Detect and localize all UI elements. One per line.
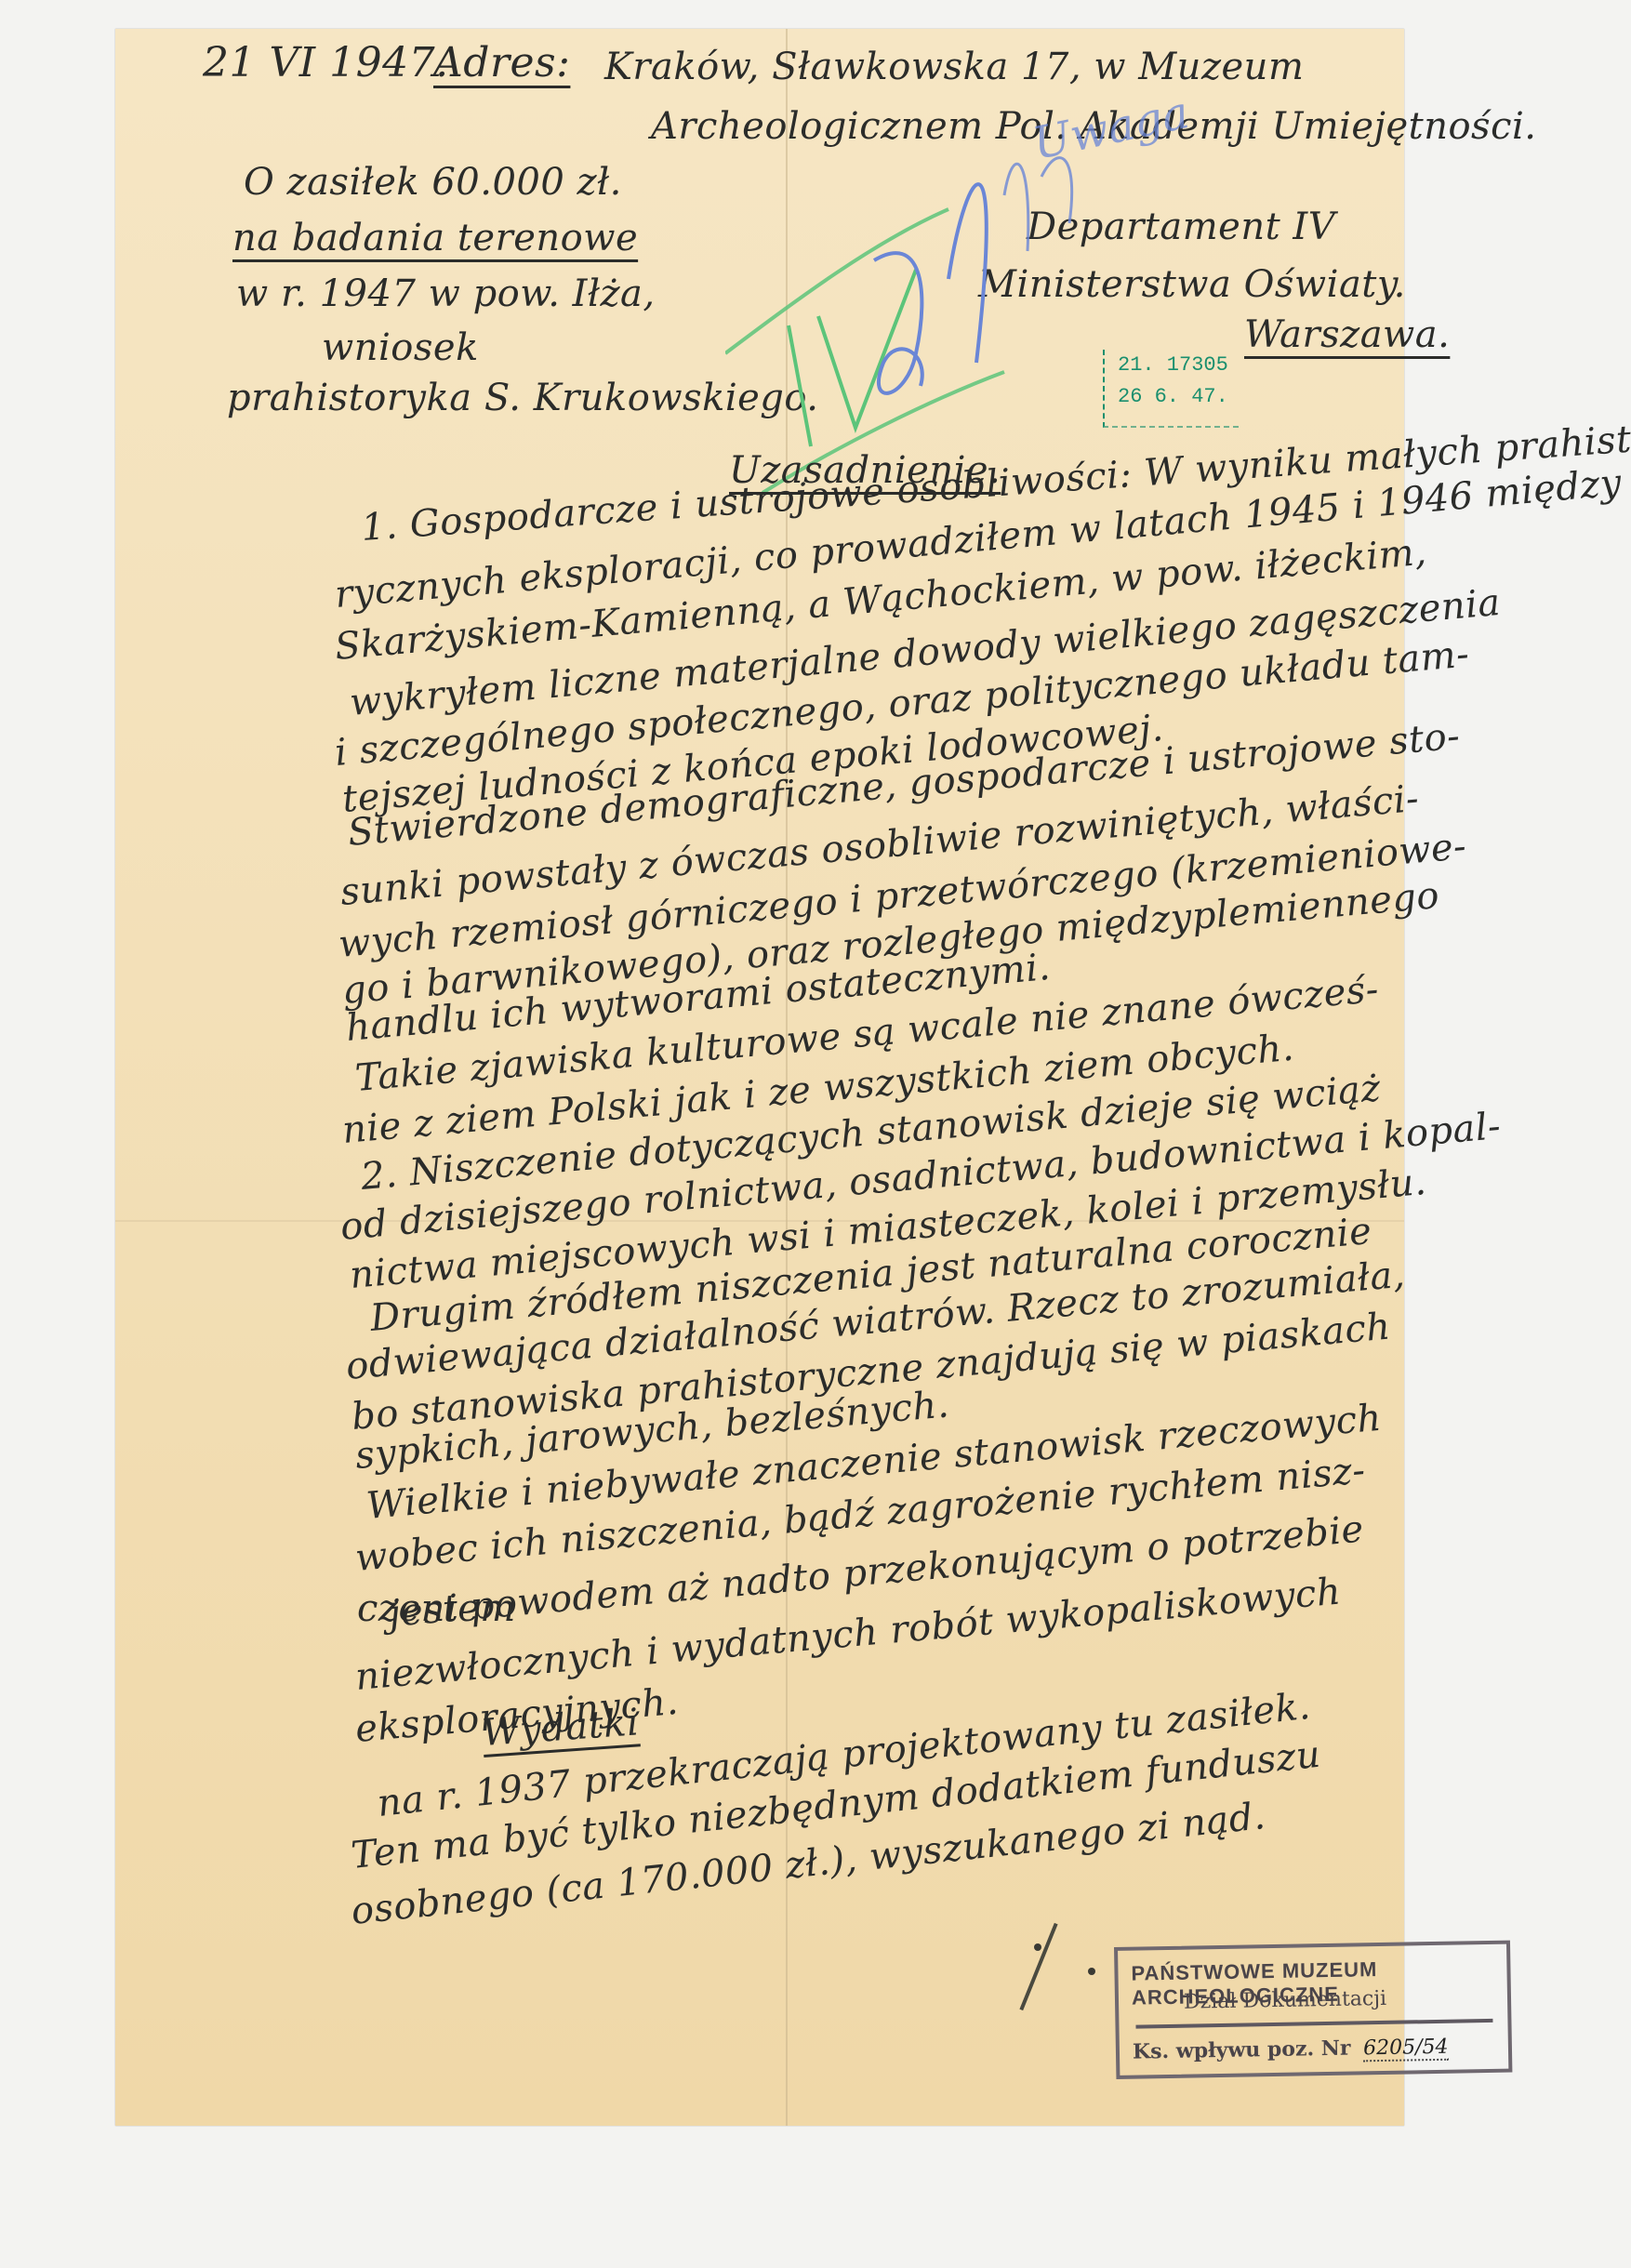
expenses-heading: Wydatki (481, 1704, 640, 1752)
archive-stamp-register-label: Ks. wpływu poz. Nr (1133, 2036, 1351, 2064)
archive-stamp-divider (1135, 2019, 1492, 2029)
registry-stamp-number: 21. 17305 (1118, 350, 1239, 381)
archive-stamp-register: Ks. wpływu poz. Nr 6205/54 (1133, 2035, 1449, 2064)
date: 21 VI 1947. (203, 43, 449, 84)
archive-stamp-register-number: 6205/54 (1363, 2036, 1449, 2062)
registry-stamp-date: 26 6. 47. (1118, 381, 1239, 413)
address-label: Adres: (433, 43, 570, 84)
subject-line-2: na badania terenowe (232, 219, 638, 257)
closing-dot-left (1034, 1943, 1041, 1951)
closing-dot-right (1088, 1968, 1095, 1975)
archive-stamp-department: Dział Dokumentacji (1184, 1987, 1386, 2014)
subject-line-4: wniosek (322, 329, 479, 366)
registry-stamp: 21. 17305 26 6. 47. (1103, 350, 1239, 428)
recipient-line-3: Warszawa. (1244, 316, 1450, 353)
archive-stamp: PAŃSTWOWE MUZEUM ARCHEOLOGICZNE Dział Do… (1114, 1941, 1512, 2079)
address-line-1: Kraków, Sławkowska 17, w Muzeum (604, 48, 1304, 86)
subject-line-1: O zasiłek 60.000 zł. (244, 164, 622, 201)
subject-line-3: w r. 1947 w pow. Iłża, (236, 275, 656, 312)
